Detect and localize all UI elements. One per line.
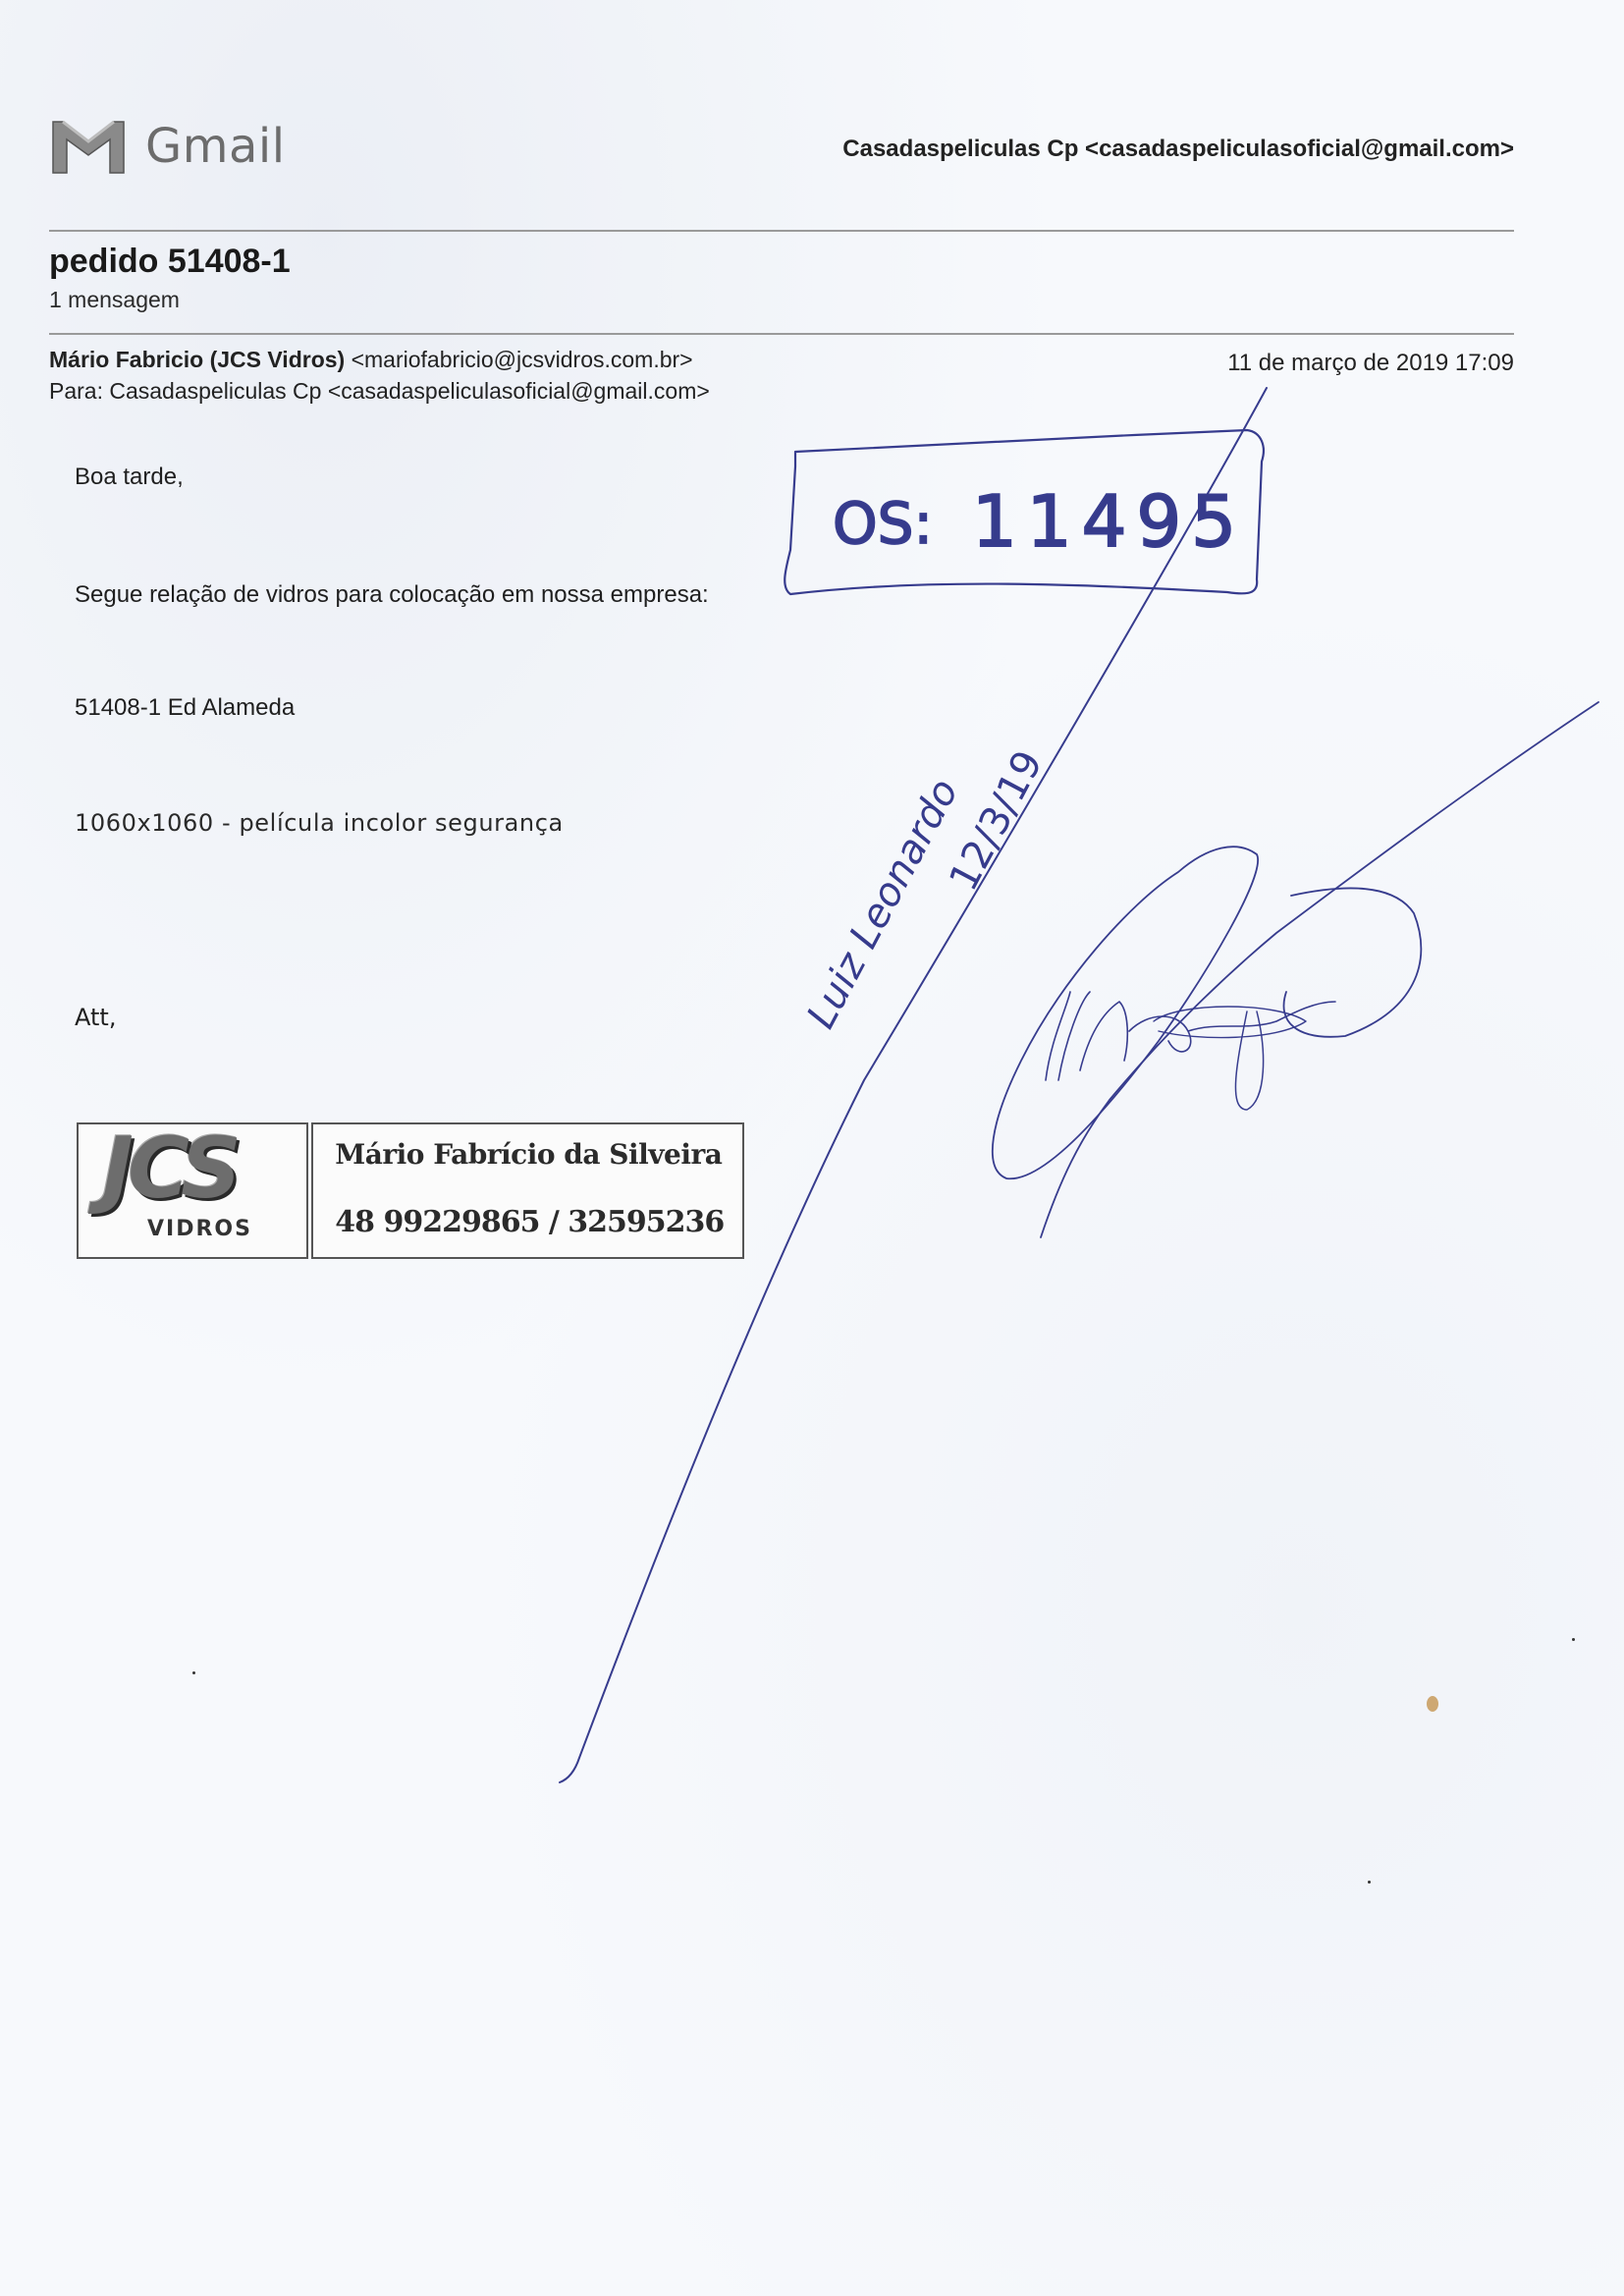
email-signature-card: JCS VIDROS Mário Fabrício da Silveira 48… [77, 1122, 744, 1259]
app-name: Gmail [145, 123, 286, 170]
paper-speck [192, 1671, 195, 1674]
message-date: 11 de março de 2019 17:09 [1227, 350, 1514, 377]
gmail-logo: Gmail [49, 116, 286, 177]
email-subject: pedido 51408-1 [49, 243, 291, 281]
signature-name: Mário Fabrício da Silveira [335, 1138, 722, 1171]
recipient-line: Para: Casadaspeliculas Cp <casadaspelicu… [49, 378, 710, 405]
receiver-date: 12/3/19 [941, 743, 1052, 899]
paper-speck [1572, 1638, 1575, 1641]
closing: Att, [75, 1004, 116, 1031]
signature-phones: 48 99229865 / 32595236 [335, 1205, 724, 1239]
signature-details: Mário Fabrício da Silveira 48 99229865 /… [311, 1122, 744, 1259]
sender-name: Mário Fabricio (JCS Vidros) [49, 347, 345, 372]
receiver-name: Luiz Leonardo [798, 772, 967, 1036]
divider [49, 230, 1514, 232]
order-reference: 51408-1 Ed Alameda [75, 694, 295, 722]
paper-stain [1427, 1696, 1438, 1712]
company-logo: JCS VIDROS [77, 1122, 308, 1259]
os-box [785, 430, 1264, 594]
sender-line: Mário Fabricio (JCS Vidros) <mariofabric… [49, 347, 693, 373]
message-count: 1 mensagem [49, 287, 180, 313]
signature-scribble [1041, 702, 1598, 1237]
account-identity: Casadaspeliculas Cp <casadaspeliculasofi… [842, 136, 1514, 163]
greeting: Boa tarde, [75, 464, 184, 491]
paper-speck [1368, 1881, 1371, 1884]
company-logo-text: JCS [102, 1126, 236, 1211]
os-number: 11495 [972, 480, 1246, 563]
sender-email: <mariofabricio@jcsvidros.com.br> [352, 347, 693, 372]
gmail-m-icon [49, 116, 128, 177]
body-intro: Segue relação de vidros para colocação e… [75, 581, 709, 609]
divider [49, 333, 1514, 335]
company-logo-subtext: VIDROS [147, 1217, 252, 1241]
order-item: 1060x1060 - película incolor segurança [75, 809, 564, 837]
os-label: OS: [833, 490, 933, 557]
